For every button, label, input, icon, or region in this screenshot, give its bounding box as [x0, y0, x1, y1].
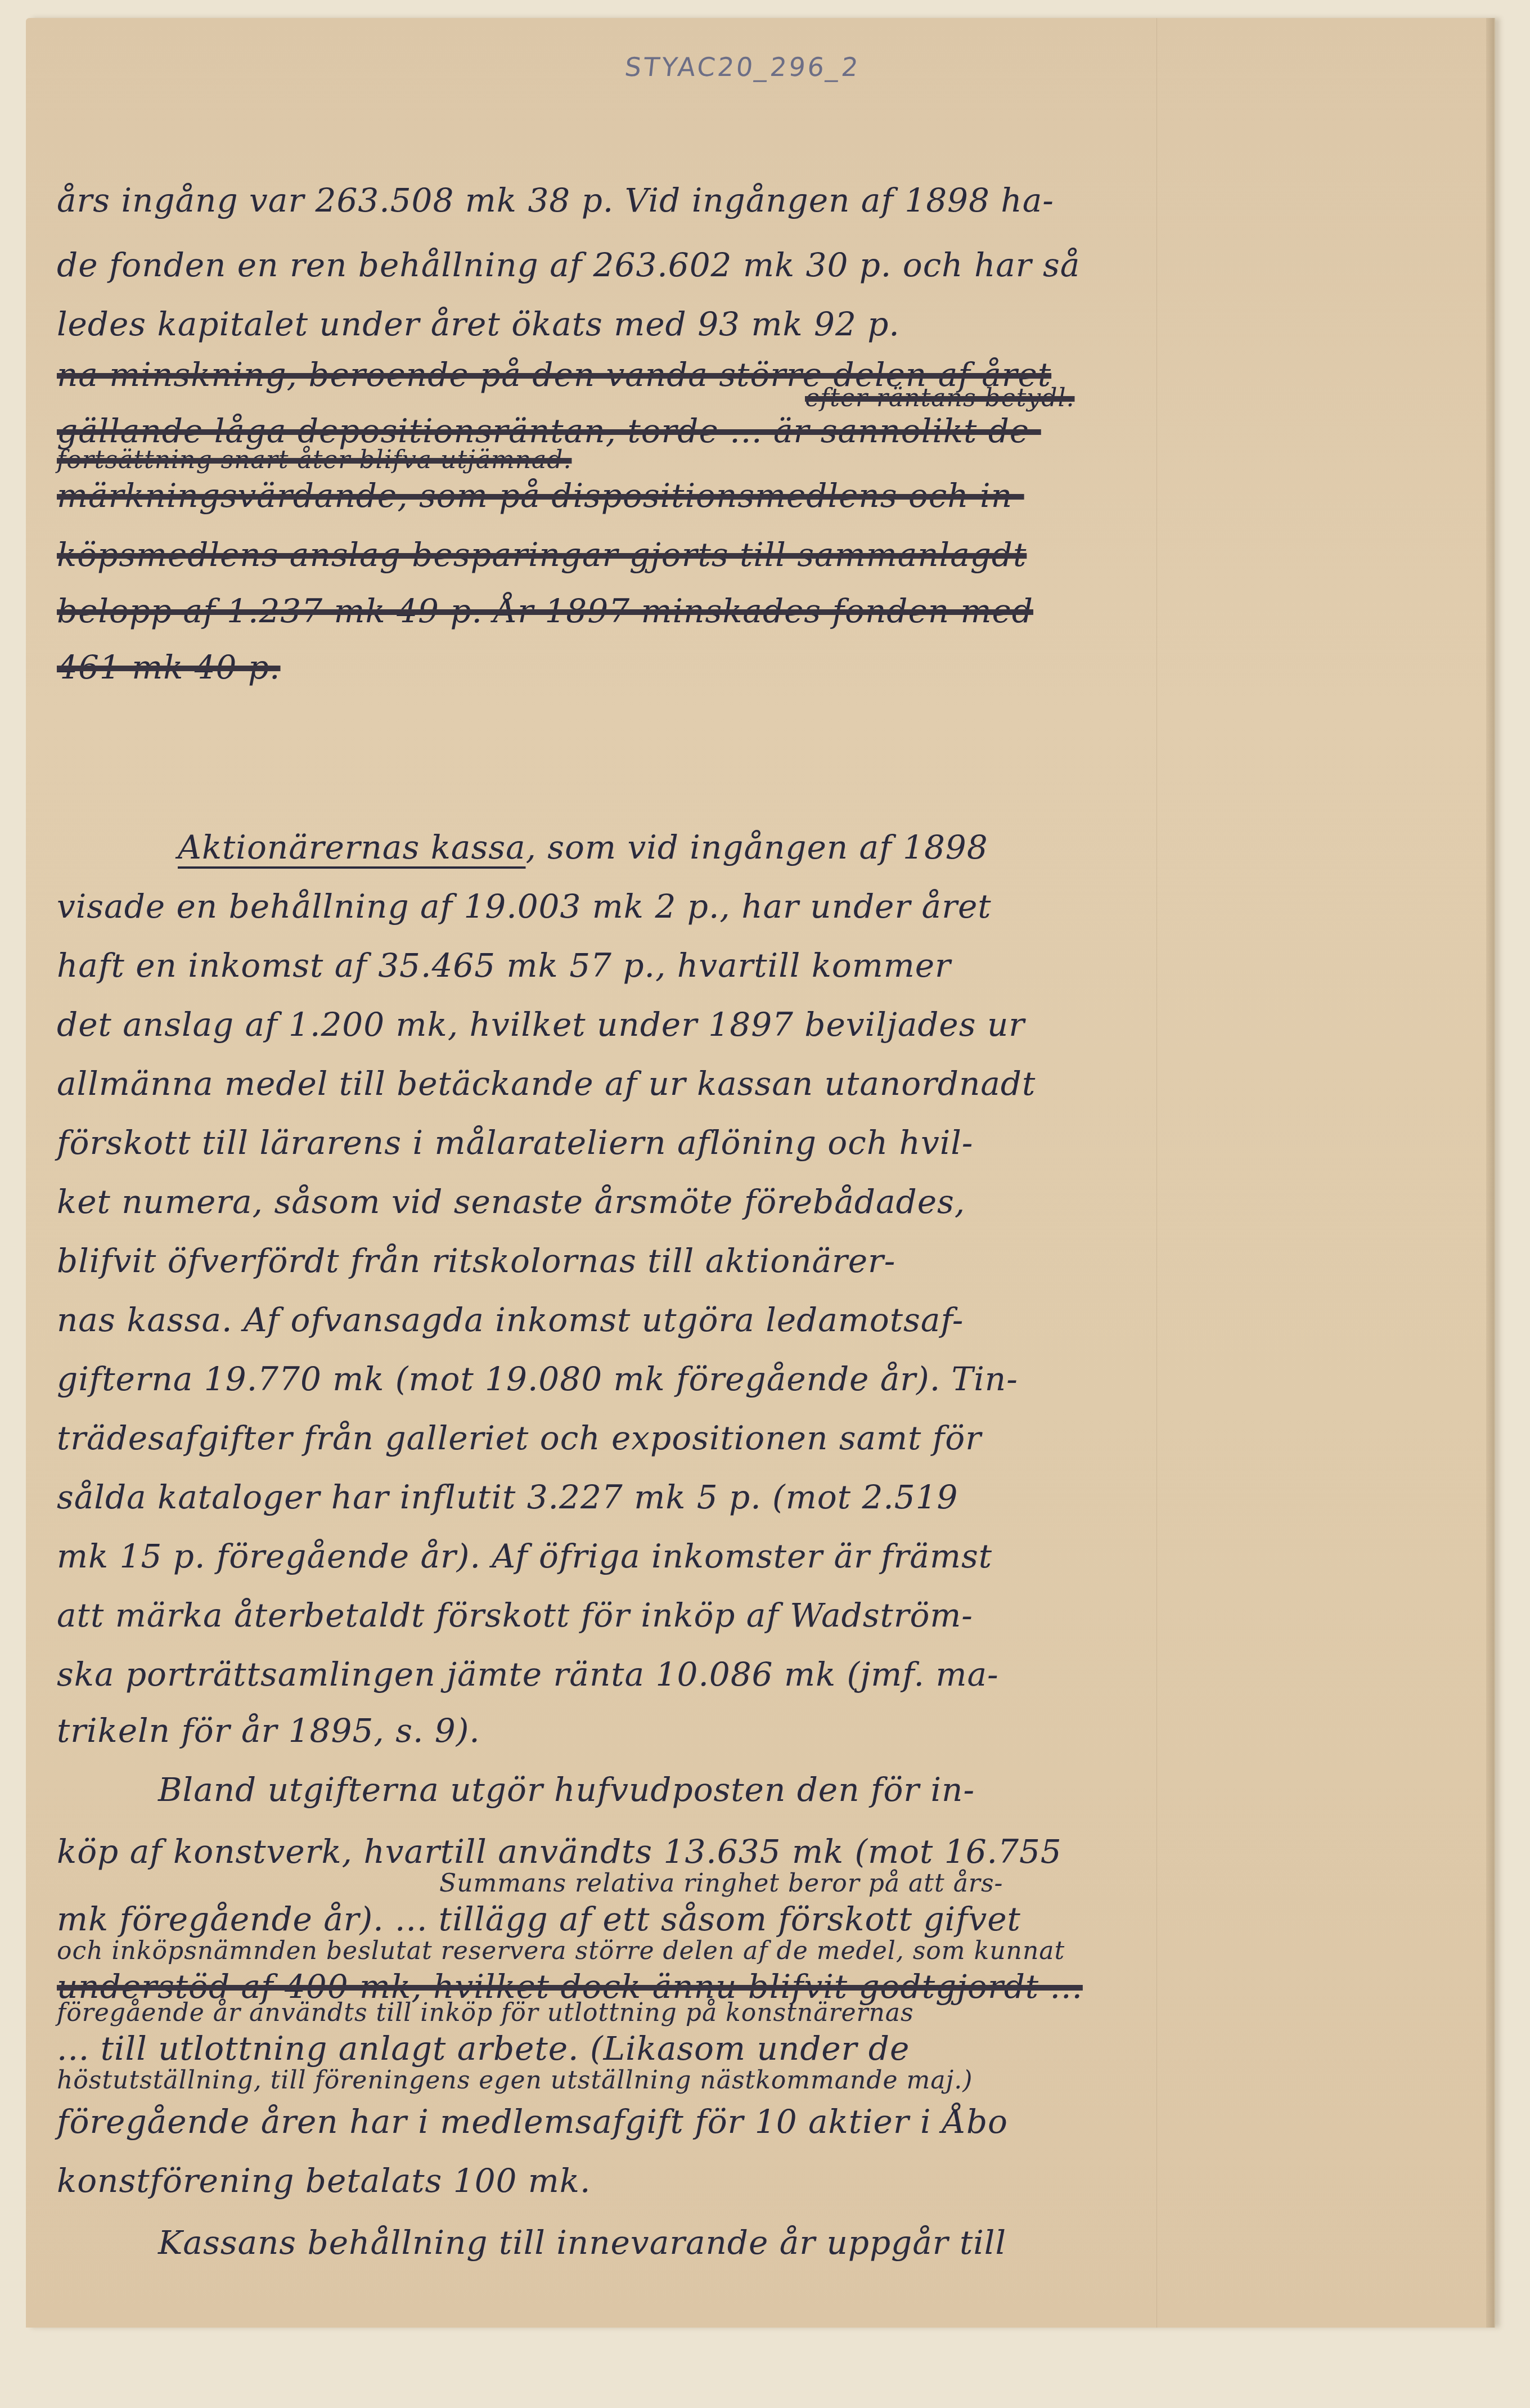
text-line: förskott till lärarens i målarateliern a…: [57, 1124, 973, 1162]
text-line: sålda kataloger har influtit 3.227 mk 5 …: [57, 1478, 958, 1516]
text-line: visade en behållning af 19.003 mk 2 p., …: [57, 887, 992, 926]
text-line: ledes kapitalet under året ökats med 93 …: [57, 305, 900, 343]
struck-insertion-line: efter räntans betydl.: [805, 384, 1074, 412]
paragraph-start-line: Kassans behållning till innevarande år u…: [158, 2223, 1006, 2262]
section-heading-line: Aktionärernas kassa, som vid ingången af…: [178, 828, 988, 866]
text-line: gifterna 19.770 mk (mot 19.080 mk föregå…: [57, 1360, 1018, 1398]
text-line-partially-struck: mk föregående år). ... tillägg af ett så…: [57, 1900, 1021, 1938]
struck-text-line: köpsmedlens anslag besparingar gjorts ti…: [57, 536, 1027, 574]
correction-line: och inköpsnämnden beslutat reservera stö…: [57, 1937, 1065, 1965]
text-line: de fonden en ren behållning af 263.602 m…: [57, 246, 1080, 284]
text-line: ska porträttsamlingen jämte ränta 10.086…: [57, 1655, 999, 1693]
text-line: mk 15 p. föregående år). Af öfriga inkom…: [57, 1537, 992, 1575]
text-line: års ingång var 263.508 mk 38 p. Vid ingå…: [57, 181, 1054, 219]
text-line: konstförening betalats 100 mk.: [57, 2162, 591, 2200]
manuscript-page: STYAC20_296_2 års ingång var 263.508 mk …: [26, 18, 1494, 2328]
text-line: köp af konstverk, hvartill användts 13.6…: [57, 1832, 1062, 1871]
struck-text-line: fortsättning snart åter blifva utjämnad.: [57, 446, 571, 474]
text-line: trikeln för år 1895, s. 9).: [57, 1711, 480, 1750]
text-line-partially-struck: föregående år användts till inköp för ut…: [57, 1998, 914, 2027]
section-heading-aktionarernas-kassa: Aktionärernas kassa: [178, 828, 525, 866]
text-line: ket numera, såsom vid senaste årsmöte fö…: [57, 1183, 965, 1221]
paragraph-start-line: Bland utgifterna utgör hufvudposten den …: [158, 1771, 975, 1809]
interlinear-insertion: Summans relativa ringhet beror på att år…: [439, 1869, 1003, 1898]
struck-text-line: belopp af 1.237 mk 49 p. År 1897 minskad…: [57, 592, 1033, 630]
text-line: det anslag af 1.200 mk, hvilket under 18…: [57, 1005, 1025, 1044]
heading-continuation: , som vid ingången af 1898: [525, 828, 988, 866]
struck-text-line: 461 mk 40 p.: [57, 648, 281, 686]
text-line: att märka återbetaldt förskott för inköp…: [57, 1596, 973, 1634]
struck-text-line: gällande låga depositionsräntan, torde .…: [57, 412, 1041, 450]
text-line: blifvit öfverfördt från ritskolornas til…: [57, 1242, 895, 1280]
struck-text-line: märkningsvärdande, som på dispositionsme…: [57, 477, 1024, 515]
text-line: föregående åren har i medlemsafgift för …: [57, 2102, 1008, 2141]
text-line-partially-struck: ... till utlottning anlagt arbete. (Lika…: [57, 2029, 910, 2068]
text-line: haft en inkomst af 35.465 mk 57 p., hvar…: [57, 946, 951, 985]
text-line: allmänna medel till betäckande af ur kas…: [57, 1064, 1036, 1103]
text-line: nas kassa. Af ofvansagda inkomst utgöra …: [57, 1301, 964, 1339]
text-line: trädesafgifter från galleriet och exposi…: [57, 1419, 982, 1457]
insertion-line: höstutställning, till föreningens egen u…: [57, 2066, 973, 2095]
archive-reference: STYAC20_296_2: [623, 52, 862, 82]
